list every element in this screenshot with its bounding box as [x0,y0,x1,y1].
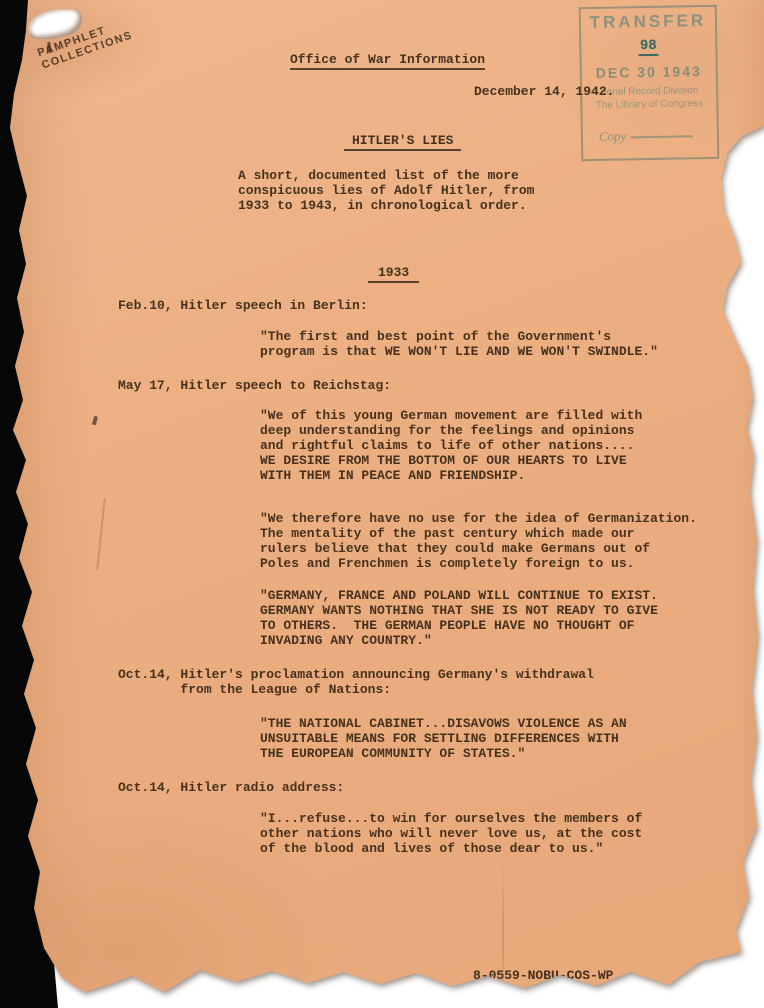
transfer-stamp-library: The Library of Congress [582,98,716,111]
entry-quote: "I...refuse...to win for ourselves the m… [260,811,642,856]
transfer-stamp-date: DEC 30 1943 [582,63,716,81]
document-date: December 14, 1942. [474,84,614,99]
transfer-stamp-copy: Copy [599,127,694,145]
transfer-stamp-title: TRANSFER [581,11,715,33]
entry-quote: "THE NATIONAL CABINET...DISAVOWS VIOLENC… [260,716,627,761]
entry-heading: May 17, Hitler speech to Reichstag: [118,378,391,393]
paper-crease-small [96,498,106,570]
transfer-stamp: TRANSFER 98 DEC 30 1943 Serial Record Di… [579,5,720,161]
paper-crease-vertical [502,858,504,1008]
entry-quote: "We therefore have no use for the idea o… [260,511,697,571]
paper-page: PAMPHLET COLLECTIONS TRANSFER 98 DEC 30 … [0,0,764,1008]
agency-heading: Office of War Information [290,52,485,67]
entry-quote: "The first and best point of the Governm… [260,329,658,359]
entry-heading: Oct.14, Hitler's proclamation announcing… [118,667,594,697]
footer-code: 8-0559-NOBU-COS-WP [473,968,613,983]
section-year: 1933 [368,265,419,280]
entry-heading: Feb.10, Hitler speech in Berlin: [118,298,368,313]
paper-speck [92,416,98,426]
transfer-stamp-number: 98 [581,37,715,55]
document-title: HITLER'S LIES [344,133,461,148]
entry-quote: "We of this young German movement are fi… [260,408,642,483]
document-intro: A short, documented list of the more con… [238,168,534,213]
entry-heading: Oct.14, Hitler radio address: [118,780,344,795]
entry-quote: "GERMANY, FRANCE AND POLAND WILL CONTINU… [260,588,658,648]
copy-blank-line [631,133,693,138]
paper-wrap: PAMPHLET COLLECTIONS TRANSFER 98 DEC 30 … [0,0,764,1008]
scanned-document-page: PAMPHLET COLLECTIONS TRANSFER 98 DEC 30 … [0,0,764,1008]
